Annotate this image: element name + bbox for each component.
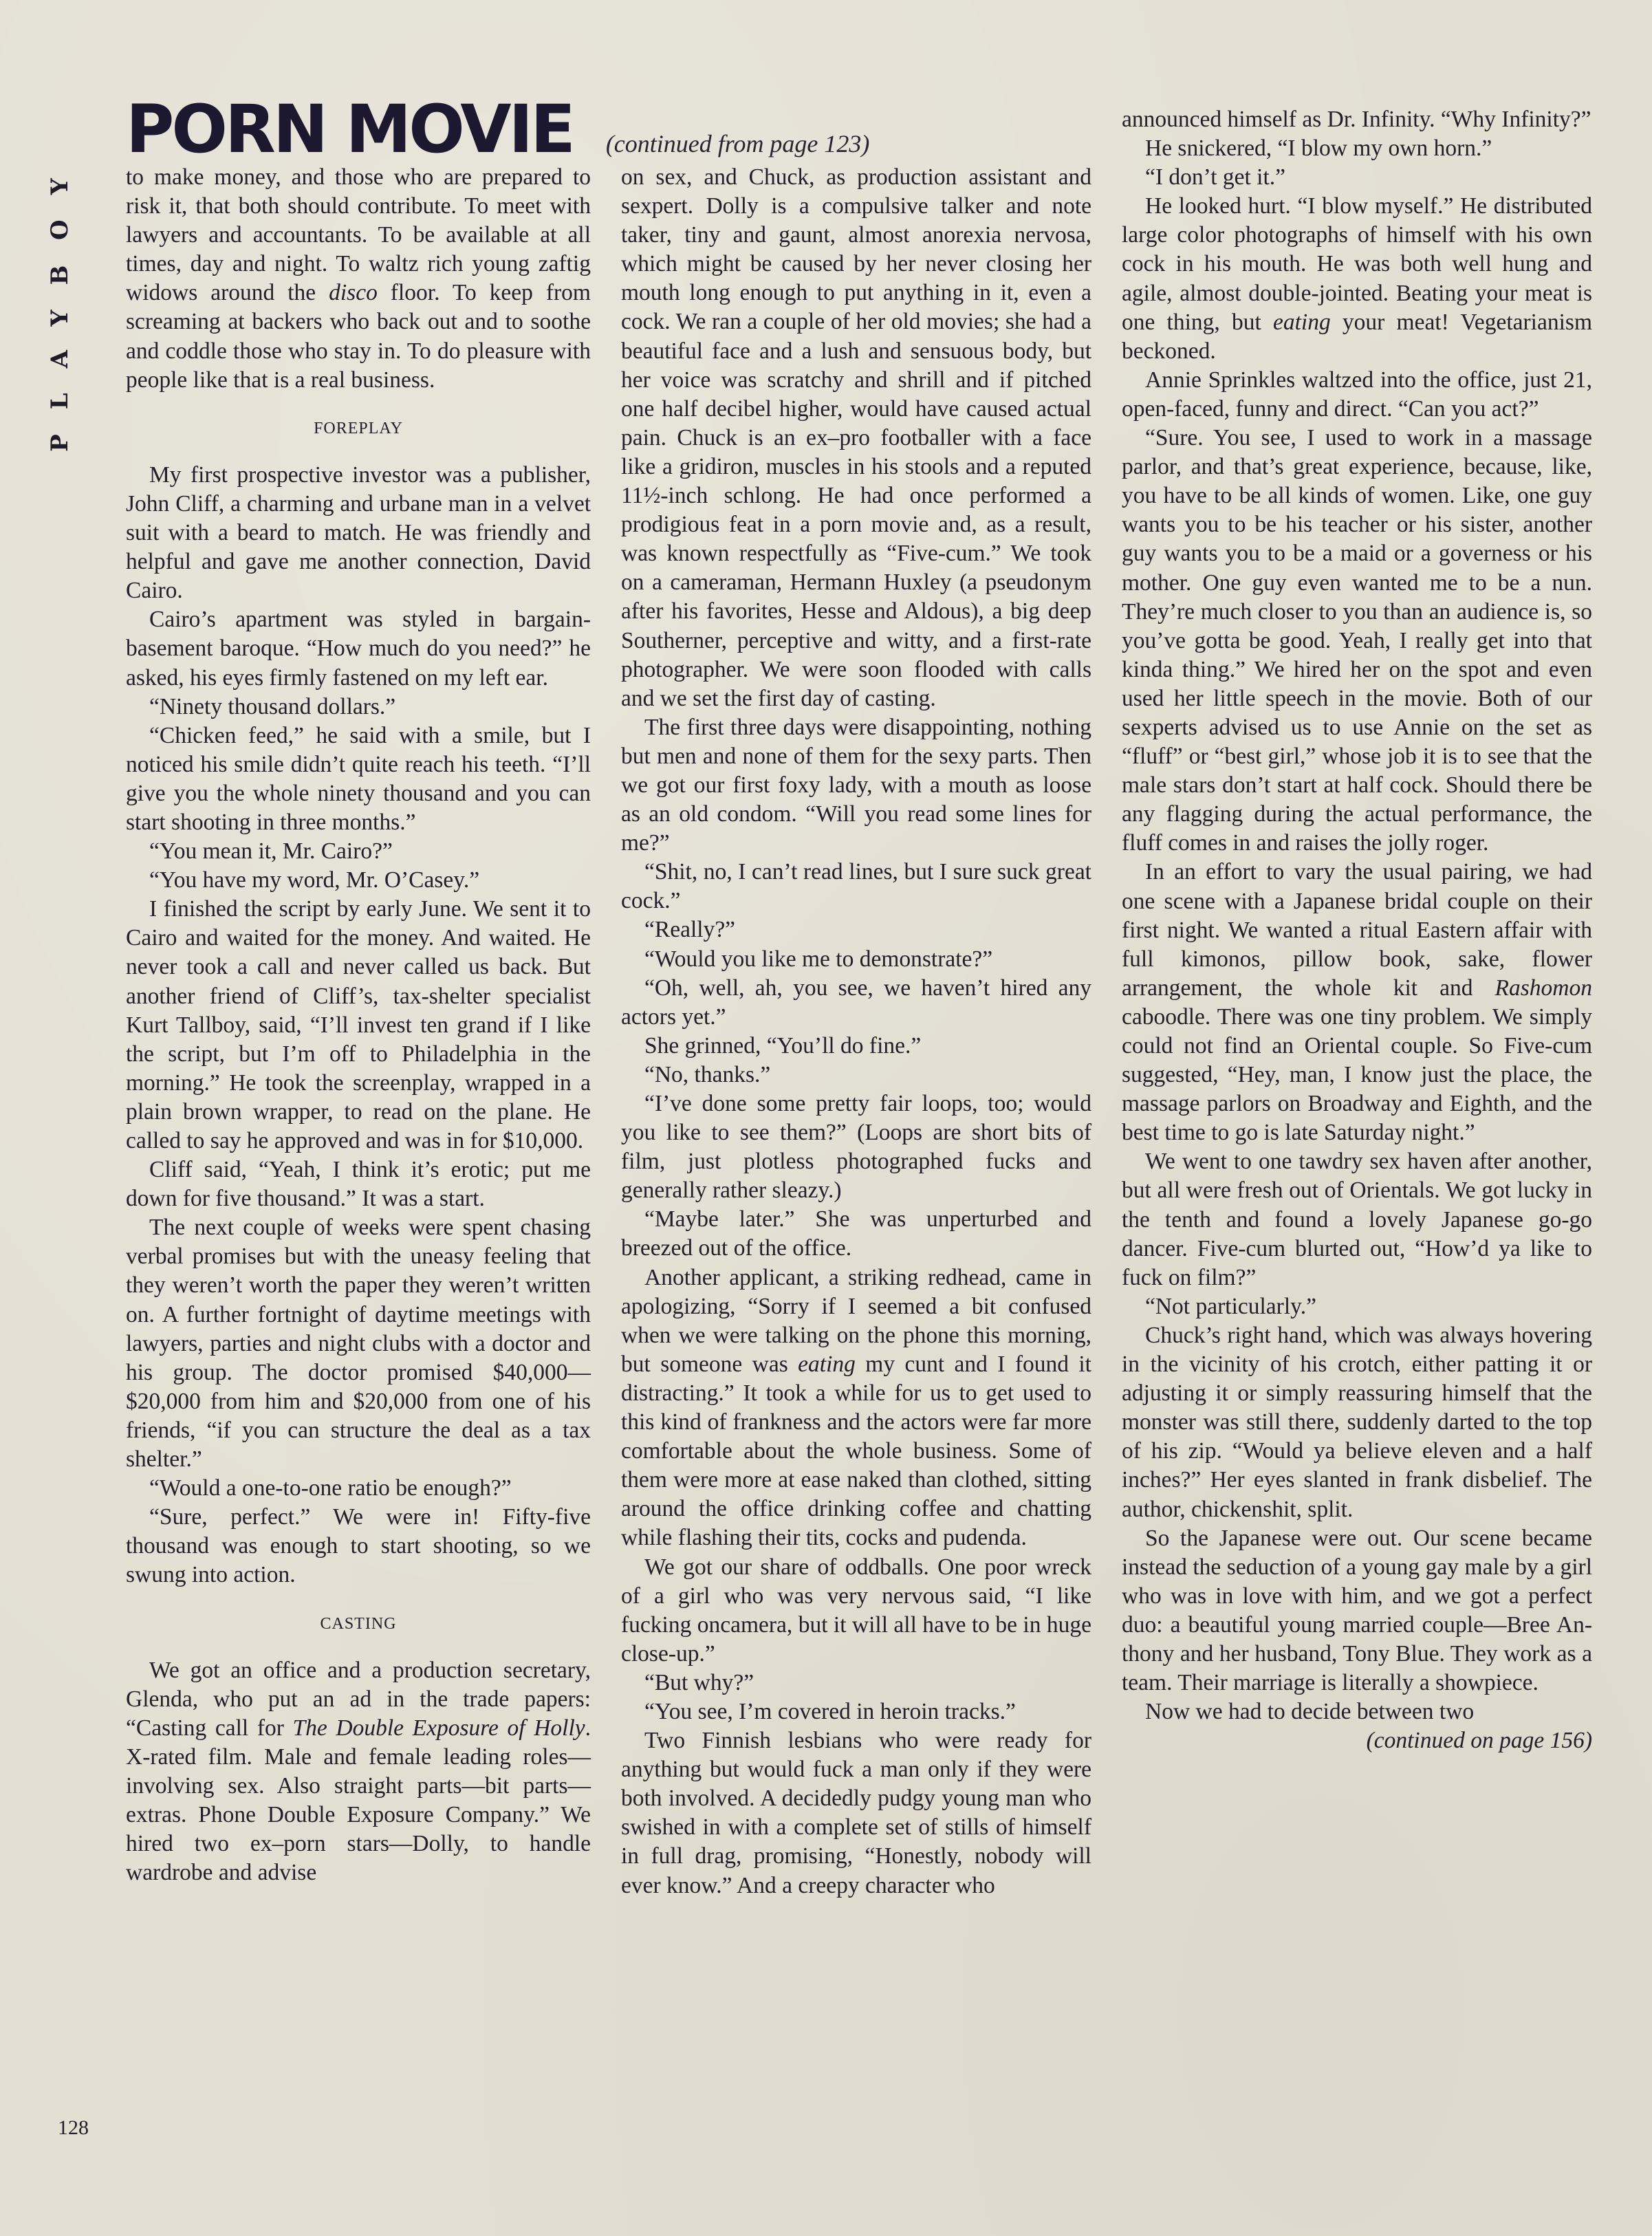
- paragraph: Annie Sprinkles waltzed into the office,…: [1122, 366, 1592, 424]
- paragraph: “Not particularly.”: [1122, 1292, 1592, 1321]
- continued-on-note: (continued on page 156): [1122, 1726, 1592, 1755]
- paragraph: “You see, I’m covered in heroin tracks.”: [621, 1697, 1091, 1726]
- article-title: PORN MOVIE: [126, 96, 573, 162]
- paragraph: He snickered, “I blow my own horn.”: [1122, 134, 1592, 163]
- paragraph: “Oh, well, ah, you see, we haven’t hired…: [621, 974, 1091, 1032]
- paragraph: to make money, and those who are prepare…: [126, 163, 591, 395]
- continued-from-note: (continued from page 123): [606, 129, 870, 158]
- paragraph: “Shit, no, I can’t read lines, but I sur…: [621, 858, 1091, 915]
- column-1: to make money, and those who are prepare…: [126, 163, 591, 1887]
- emphasis: eating: [798, 1352, 856, 1377]
- paragraph: “You mean it, Mr. Cairo?”: [126, 837, 591, 866]
- paragraph: We got an office and a production secret…: [126, 1656, 591, 1888]
- paragraph: We went to one tawdry sex haven after an…: [1122, 1147, 1592, 1292]
- paragraph: She grinned, “You’ll do fine.”: [621, 1032, 1091, 1061]
- paragraph: In an effort to vary the usual pairing, …: [1122, 858, 1592, 1147]
- paragraph: So the Japanese were out. Our scene beca…: [1122, 1524, 1592, 1698]
- column-3: announced himself as Dr. Infinity. “Why …: [1122, 105, 1592, 1755]
- paragraph: Cliff said, “Yeah, I think it’s erotic; …: [126, 1155, 591, 1213]
- magazine-name: PLAYBOY: [46, 153, 74, 452]
- paragraph: “No, thanks.”: [621, 1061, 1091, 1089]
- paragraph: The first three days were disappointing,…: [621, 713, 1091, 858]
- subhead-casting: CASTING: [126, 1609, 591, 1638]
- article-header: PORN MOVIE (continued from page 123): [126, 96, 869, 162]
- paragraph: “Sure, perfect.” We were in! Fifty-five …: [126, 1503, 591, 1589]
- paragraph: My first prospective investor was a pub­…: [126, 461, 591, 605]
- paragraph: on sex, and Chuck, as production assista…: [621, 163, 1091, 713]
- column-2: on sex, and Chuck, as production assista…: [621, 163, 1091, 1900]
- paragraph: “Sure. You see, I used to work in a mass…: [1122, 424, 1592, 858]
- paragraph: “You have my word, Mr. O’Casey.”: [126, 866, 591, 895]
- paragraph: I finished the script by early June. We …: [126, 895, 591, 1155]
- paragraph: He looked hurt. “I blow myself.” He dist…: [1122, 192, 1592, 366]
- paragraph: “Would a one-to-one ratio be enough?”: [126, 1474, 591, 1503]
- paragraph: “But why?”: [621, 1669, 1091, 1697]
- paragraph: Now we had to decide between two: [1122, 1697, 1592, 1726]
- paragraph: “Really?”: [621, 915, 1091, 944]
- paragraph: “I’ve done some pretty fair loops, too; …: [621, 1089, 1091, 1205]
- emphasis: The Double Exposure of Holly: [293, 1715, 585, 1741]
- paragraph: We got our share of oddballs. One poor w…: [621, 1553, 1091, 1669]
- subhead-foreplay: FOREPLAY: [126, 414, 591, 443]
- paragraph: Cairo’s apartment was styled in bargain-…: [126, 605, 591, 692]
- paragraph: “Would you like me to demonstrate?”: [621, 945, 1091, 974]
- paragraph: “Ninety thousand dollars.”: [126, 693, 591, 721]
- page-number: 128: [58, 2116, 89, 2140]
- paragraph: Two Finnish lesbians who were ready for …: [621, 1726, 1091, 1900]
- paragraph: Another applicant, a striking redhead, c…: [621, 1263, 1091, 1553]
- emphasis: eating: [1273, 310, 1331, 335]
- magazine-side-label: PLAYBOY: [43, 110, 77, 495]
- emphasis: Rashomon: [1495, 975, 1592, 1001]
- paragraph: “Chicken feed,” he said with a smile, bu…: [126, 721, 591, 837]
- emphasis: disco: [329, 280, 378, 305]
- paragraph: “Maybe later.” She was unperturbed and b…: [621, 1205, 1091, 1263]
- paragraph: The next couple of weeks were spent chas…: [126, 1213, 591, 1474]
- paragraph: announced himself as Dr. Infinity. “Why …: [1122, 105, 1592, 134]
- paragraph: Chuck’s right hand, which was always hov…: [1122, 1321, 1592, 1524]
- paragraph: “I don’t get it.”: [1122, 163, 1592, 192]
